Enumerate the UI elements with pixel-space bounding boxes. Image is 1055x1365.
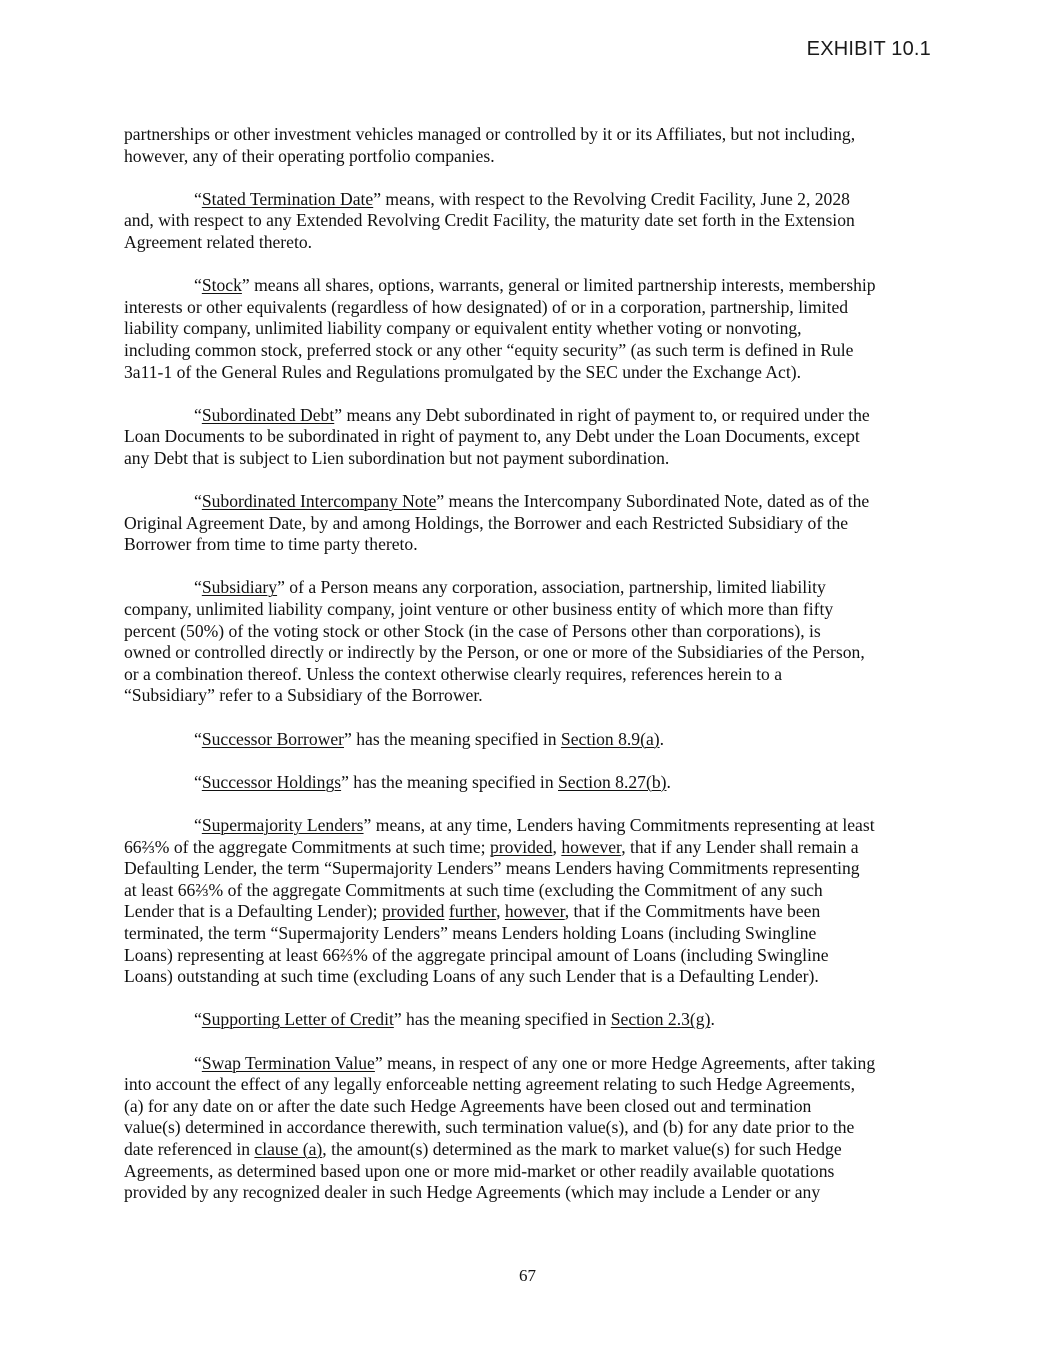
text-line: value(s) determined in accordance therew… <box>124 1117 944 1139</box>
text-line: or a combination thereof. Unless the con… <box>124 664 944 686</box>
section-reference: Section 8.9(a) <box>561 729 660 749</box>
text-line: and, with respect to any Extended Revolv… <box>124 210 944 232</box>
text-line: at least 66⅔% of the aggregate Commitmen… <box>124 880 944 902</box>
text-span: date referenced in <box>124 1139 254 1159</box>
open-quote: “ <box>194 1009 202 1029</box>
page-number: 67 <box>0 1266 1055 1286</box>
text-line: “Successor Holdings” has the meaning spe… <box>124 772 944 794</box>
clause-reference: clause (a) <box>254 1139 322 1159</box>
definition-text: ” means, at any time, Lenders having Com… <box>364 815 875 835</box>
text-span: , the amount(s) determined as the mark t… <box>322 1139 841 1159</box>
text-line: Borrower from time to time party thereto… <box>124 534 944 556</box>
emphasis-however: however <box>505 901 565 921</box>
defined-term: Supermajority Lenders <box>202 815 364 835</box>
text-line: 3a11-1 of the General Rules and Regulati… <box>124 362 944 384</box>
open-quote: “ <box>194 729 202 749</box>
text-line: interests or other equivalents (regardle… <box>124 297 944 319</box>
text-line: percent (50%) of the voting stock or oth… <box>124 621 944 643</box>
defined-term: Supporting Letter of Credit <box>202 1009 394 1029</box>
text-line: Original Agreement Date, by and among Ho… <box>124 513 944 535</box>
text-line: 66⅔% of the aggregate Commitments at suc… <box>124 837 944 859</box>
defined-term: Successor Borrower <box>202 729 344 749</box>
text-line: Defaulting Lender, the term “Supermajori… <box>124 858 944 880</box>
definition-text: ” means, with respect to the Revolving C… <box>373 189 850 209</box>
definition-stock: “Stock” means all shares, options, warra… <box>124 275 944 383</box>
definition-text: . <box>660 729 664 749</box>
definition-supermajority-lenders: “Supermajority Lenders” means, at any ti… <box>124 815 944 988</box>
open-quote: “ <box>194 1053 202 1073</box>
defined-term: Subsidiary <box>202 577 277 597</box>
definition-swap-termination-value: “Swap Termination Value” means, in respe… <box>124 1053 944 1204</box>
text-line: partnerships or other investment vehicle… <box>124 124 944 146</box>
document-body: partnerships or other investment vehicle… <box>124 124 944 1225</box>
definition-supporting-letter-of-credit: “Supporting Letter of Credit” has the me… <box>124 1009 944 1031</box>
text-line: any Debt that is subject to Lien subordi… <box>124 448 944 470</box>
definition-text: ” of a Person means any corporation, ass… <box>277 577 826 597</box>
open-quote: “ <box>194 275 202 295</box>
text-line: “Subsidiary” of a Person means any corpo… <box>124 577 944 599</box>
definition-subordinated-debt: “Subordinated Debt” means any Debt subor… <box>124 405 944 470</box>
emphasis-further: further <box>449 901 496 921</box>
defined-term: Successor Holdings <box>202 772 341 792</box>
text-line: provided by any recognized dealer in suc… <box>124 1182 944 1204</box>
open-quote: “ <box>194 815 202 835</box>
definition-text: ” means any Debt subordinated in right o… <box>334 405 869 425</box>
defined-term: Swap Termination Value <box>202 1053 375 1073</box>
definition-text: ” means all shares, options, warrants, g… <box>242 275 876 295</box>
text-line: “Supporting Letter of Credit” has the me… <box>124 1009 944 1031</box>
section-reference: Section 8.27(b) <box>558 772 666 792</box>
text-line: Agreements, as determined based upon one… <box>124 1161 944 1183</box>
definition-stated-termination-date: “Stated Termination Date” means, with re… <box>124 189 944 254</box>
text-span: Lender that is a Defaulting Lender); <box>124 901 382 921</box>
text-line: Loans) representing at least 66⅔% of the… <box>124 945 944 967</box>
definition-text: ” has the meaning specified in <box>341 772 558 792</box>
definition-text: . <box>667 772 671 792</box>
text-line: Lender that is a Defaulting Lender); pro… <box>124 901 944 923</box>
text-line: including common stock, preferred stock … <box>124 340 944 362</box>
definition-subsidiary: “Subsidiary” of a Person means any corpo… <box>124 577 944 707</box>
text-line: “Stock” means all shares, options, warra… <box>124 275 944 297</box>
emphasis-however: however <box>561 837 621 857</box>
text-line: however, any of their operating portfoli… <box>124 146 944 168</box>
emphasis-provided: provided <box>382 901 445 921</box>
definition-text: ” means the Intercompany Subordinated No… <box>436 491 869 511</box>
text-line: terminated, the term “Supermajority Lend… <box>124 923 944 945</box>
open-quote: “ <box>194 405 202 425</box>
text-line: “Subordinated Debt” means any Debt subor… <box>124 405 944 427</box>
exhibit-label: EXHIBIT 10.1 <box>807 38 931 61</box>
text-span: , <box>553 837 562 857</box>
definition-text: ” means, in respect of any one or more H… <box>375 1053 875 1073</box>
text-span: 66⅔% of the aggregate Commitments at suc… <box>124 837 490 857</box>
text-line: Loan Documents to be subordinated in rig… <box>124 426 944 448</box>
text-line: “Stated Termination Date” means, with re… <box>124 189 944 211</box>
text-line: “Subordinated Intercompany Note” means t… <box>124 491 944 513</box>
open-quote: “ <box>194 577 202 597</box>
text-span: , that if the Commitments have been <box>565 901 821 921</box>
text-line: date referenced in clause (a), the amoun… <box>124 1139 944 1161</box>
text-line: “Subsidiary” refer to a Subsidiary of th… <box>124 685 944 707</box>
definition-text: . <box>710 1009 714 1029</box>
text-line: into account the effect of any legally e… <box>124 1074 944 1096</box>
section-reference: Section 2.3(g) <box>611 1009 711 1029</box>
text-line: “Successor Borrower” has the meaning spe… <box>124 729 944 751</box>
text-span: , that if any Lender shall remain a <box>621 837 858 857</box>
text-line: liability company, unlimited liability c… <box>124 318 944 340</box>
text-line: owned or controlled directly or indirect… <box>124 642 944 664</box>
text-span: , <box>496 901 505 921</box>
paragraph-continuation: partnerships or other investment vehicle… <box>124 124 944 167</box>
text-line: “Swap Termination Value” means, in respe… <box>124 1053 944 1075</box>
text-line: company, unlimited liability company, jo… <box>124 599 944 621</box>
definition-text: ” has the meaning specified in <box>344 729 561 749</box>
defined-term: Subordinated Intercompany Note <box>202 491 437 511</box>
definition-subordinated-intercompany-note: “Subordinated Intercompany Note” means t… <box>124 491 944 556</box>
definition-successor-borrower: “Successor Borrower” has the meaning spe… <box>124 729 944 751</box>
text-line: Loans) outstanding at such time (excludi… <box>124 966 944 988</box>
emphasis-provided: provided <box>490 837 553 857</box>
text-line: Agreement related thereto. <box>124 232 944 254</box>
defined-term: Subordinated Debt <box>202 405 334 425</box>
open-quote: “ <box>194 772 202 792</box>
defined-term: Stock <box>202 275 242 295</box>
defined-term: Stated Termination Date <box>202 189 373 209</box>
open-quote: “ <box>194 189 202 209</box>
text-line: (a) for any date on or after the date su… <box>124 1096 944 1118</box>
text-line: “Supermajority Lenders” means, at any ti… <box>124 815 944 837</box>
open-quote: “ <box>194 491 202 511</box>
definition-successor-holdings: “Successor Holdings” has the meaning spe… <box>124 772 944 794</box>
definition-text: ” has the meaning specified in <box>394 1009 611 1029</box>
